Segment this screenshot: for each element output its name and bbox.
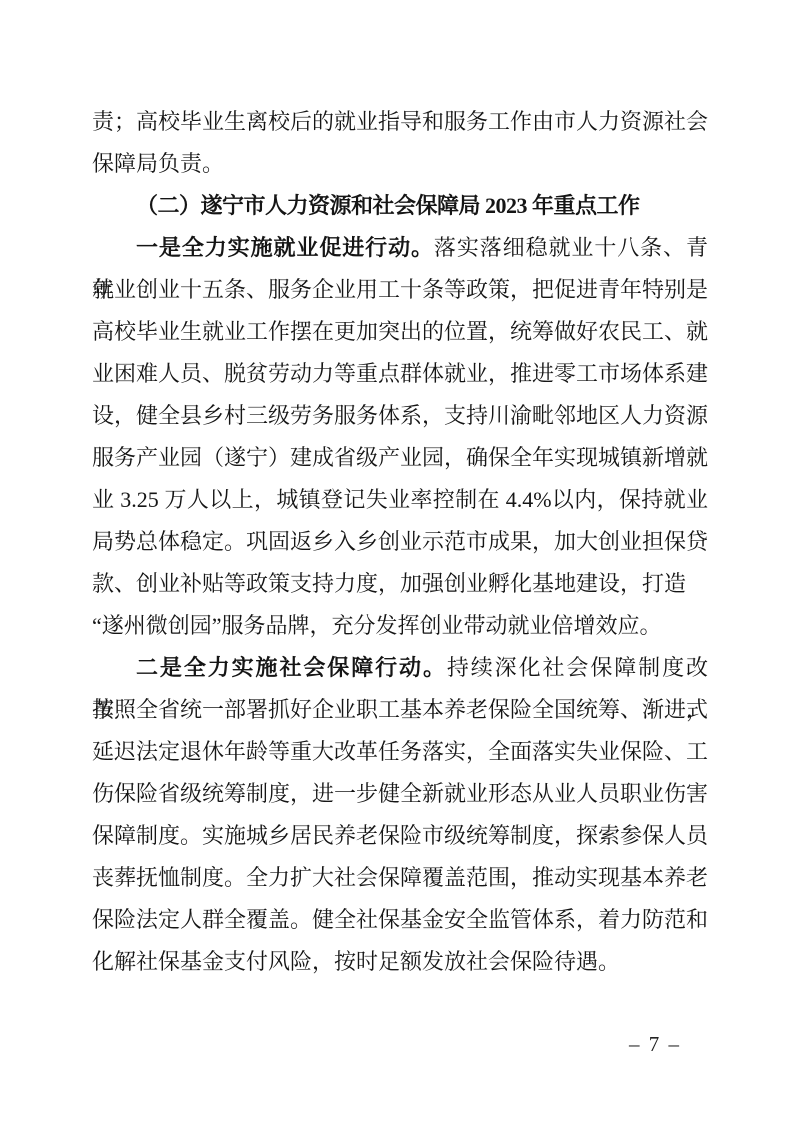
document-page: 责；高校毕业生离校后的就业指导和服务工作由市人力资源社会 保障局负责。 （二）遂… bbox=[0, 0, 793, 1122]
text-line: 伤保险省级统筹制度，进一步健全新就业形态从业人员职业伤害 bbox=[92, 773, 708, 815]
text-line: 二是全力实施社会保障行动。持续深化社会保障制度改革， bbox=[92, 647, 708, 689]
text-line: 设，健全县乡村三级劳务服务体系，支持川渝毗邻地区人力资源 bbox=[92, 395, 708, 437]
page-number: – 7 – bbox=[629, 1030, 681, 1058]
text-line: 高校毕业生就业工作摆在更加突出的位置，统筹做好农民工、就 bbox=[92, 311, 708, 353]
text-line: 一是全力实施就业促进行动。落实落细稳就业十八条、青年 bbox=[92, 227, 708, 269]
text-line: “遂州微创园”服务品牌，充分发挥创业带动就业倍增效应。 bbox=[92, 605, 708, 647]
document-body: 责；高校毕业生离校后的就业指导和服务工作由市人力资源社会 保障局负责。 （二）遂… bbox=[92, 101, 708, 983]
section-heading: （二）遂宁市人力资源和社会保障局 2023 年重点工作 bbox=[92, 185, 708, 227]
text-line: 按照全省统一部署抓好企业职工基本养老保险全国统筹、渐进式 bbox=[92, 689, 708, 731]
paragraph-lead-bold: 一是全力实施就业促进行动。 bbox=[136, 235, 434, 260]
text-line: 保障局负责。 bbox=[92, 143, 708, 185]
text-line: 化解社保基金支付风险，按时足额发放社会保险待遇。 bbox=[92, 941, 708, 983]
paragraph-lead-bold: 二是全力实施社会保障行动。 bbox=[136, 655, 447, 680]
text-line: 局势总体稳定。巩固返乡入乡创业示范市成果，加大创业担保贷 bbox=[92, 521, 708, 563]
text-line: 服务产业园（遂宁）建成省级产业园，确保全年实现城镇新增就 bbox=[92, 437, 708, 479]
text-line: 就业创业十五条、服务企业用工十条等政策，把促进青年特别是 bbox=[92, 269, 708, 311]
text-line: 业困难人员、脱贫劳动力等重点群体就业，推进零工市场体系建 bbox=[92, 353, 708, 395]
text-line: 保险法定人群全覆盖。健全社保基金安全监管体系，着力防范和 bbox=[92, 899, 708, 941]
text-line: 款、创业补贴等政策支持力度，加强创业孵化基地建设，打造 bbox=[92, 563, 708, 605]
text-line: 保障制度。实施城乡居民养老保险市级统筹制度，探索参保人员 bbox=[92, 815, 708, 857]
text-line: 延迟法定退休年龄等重大改革任务落实，全面落实失业保险、工 bbox=[92, 731, 708, 773]
text-line: 责；高校毕业生离校后的就业指导和服务工作由市人力资源社会 bbox=[92, 101, 708, 143]
text-line: 业 3.25 万人以上，城镇登记失业率控制在 4.4%以内，保持就业 bbox=[92, 479, 708, 521]
text-line: 丧葬抚恤制度。全力扩大社会保障覆盖范围，推动实现基本养老 bbox=[92, 857, 708, 899]
